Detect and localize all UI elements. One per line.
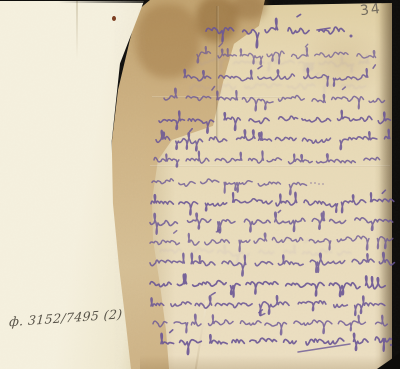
- paper-speck: [112, 16, 116, 21]
- pencil-folio-number: 34: [359, 1, 383, 20]
- scanned-letter: 34 ф. 3152/7495 (2): [0, 0, 400, 369]
